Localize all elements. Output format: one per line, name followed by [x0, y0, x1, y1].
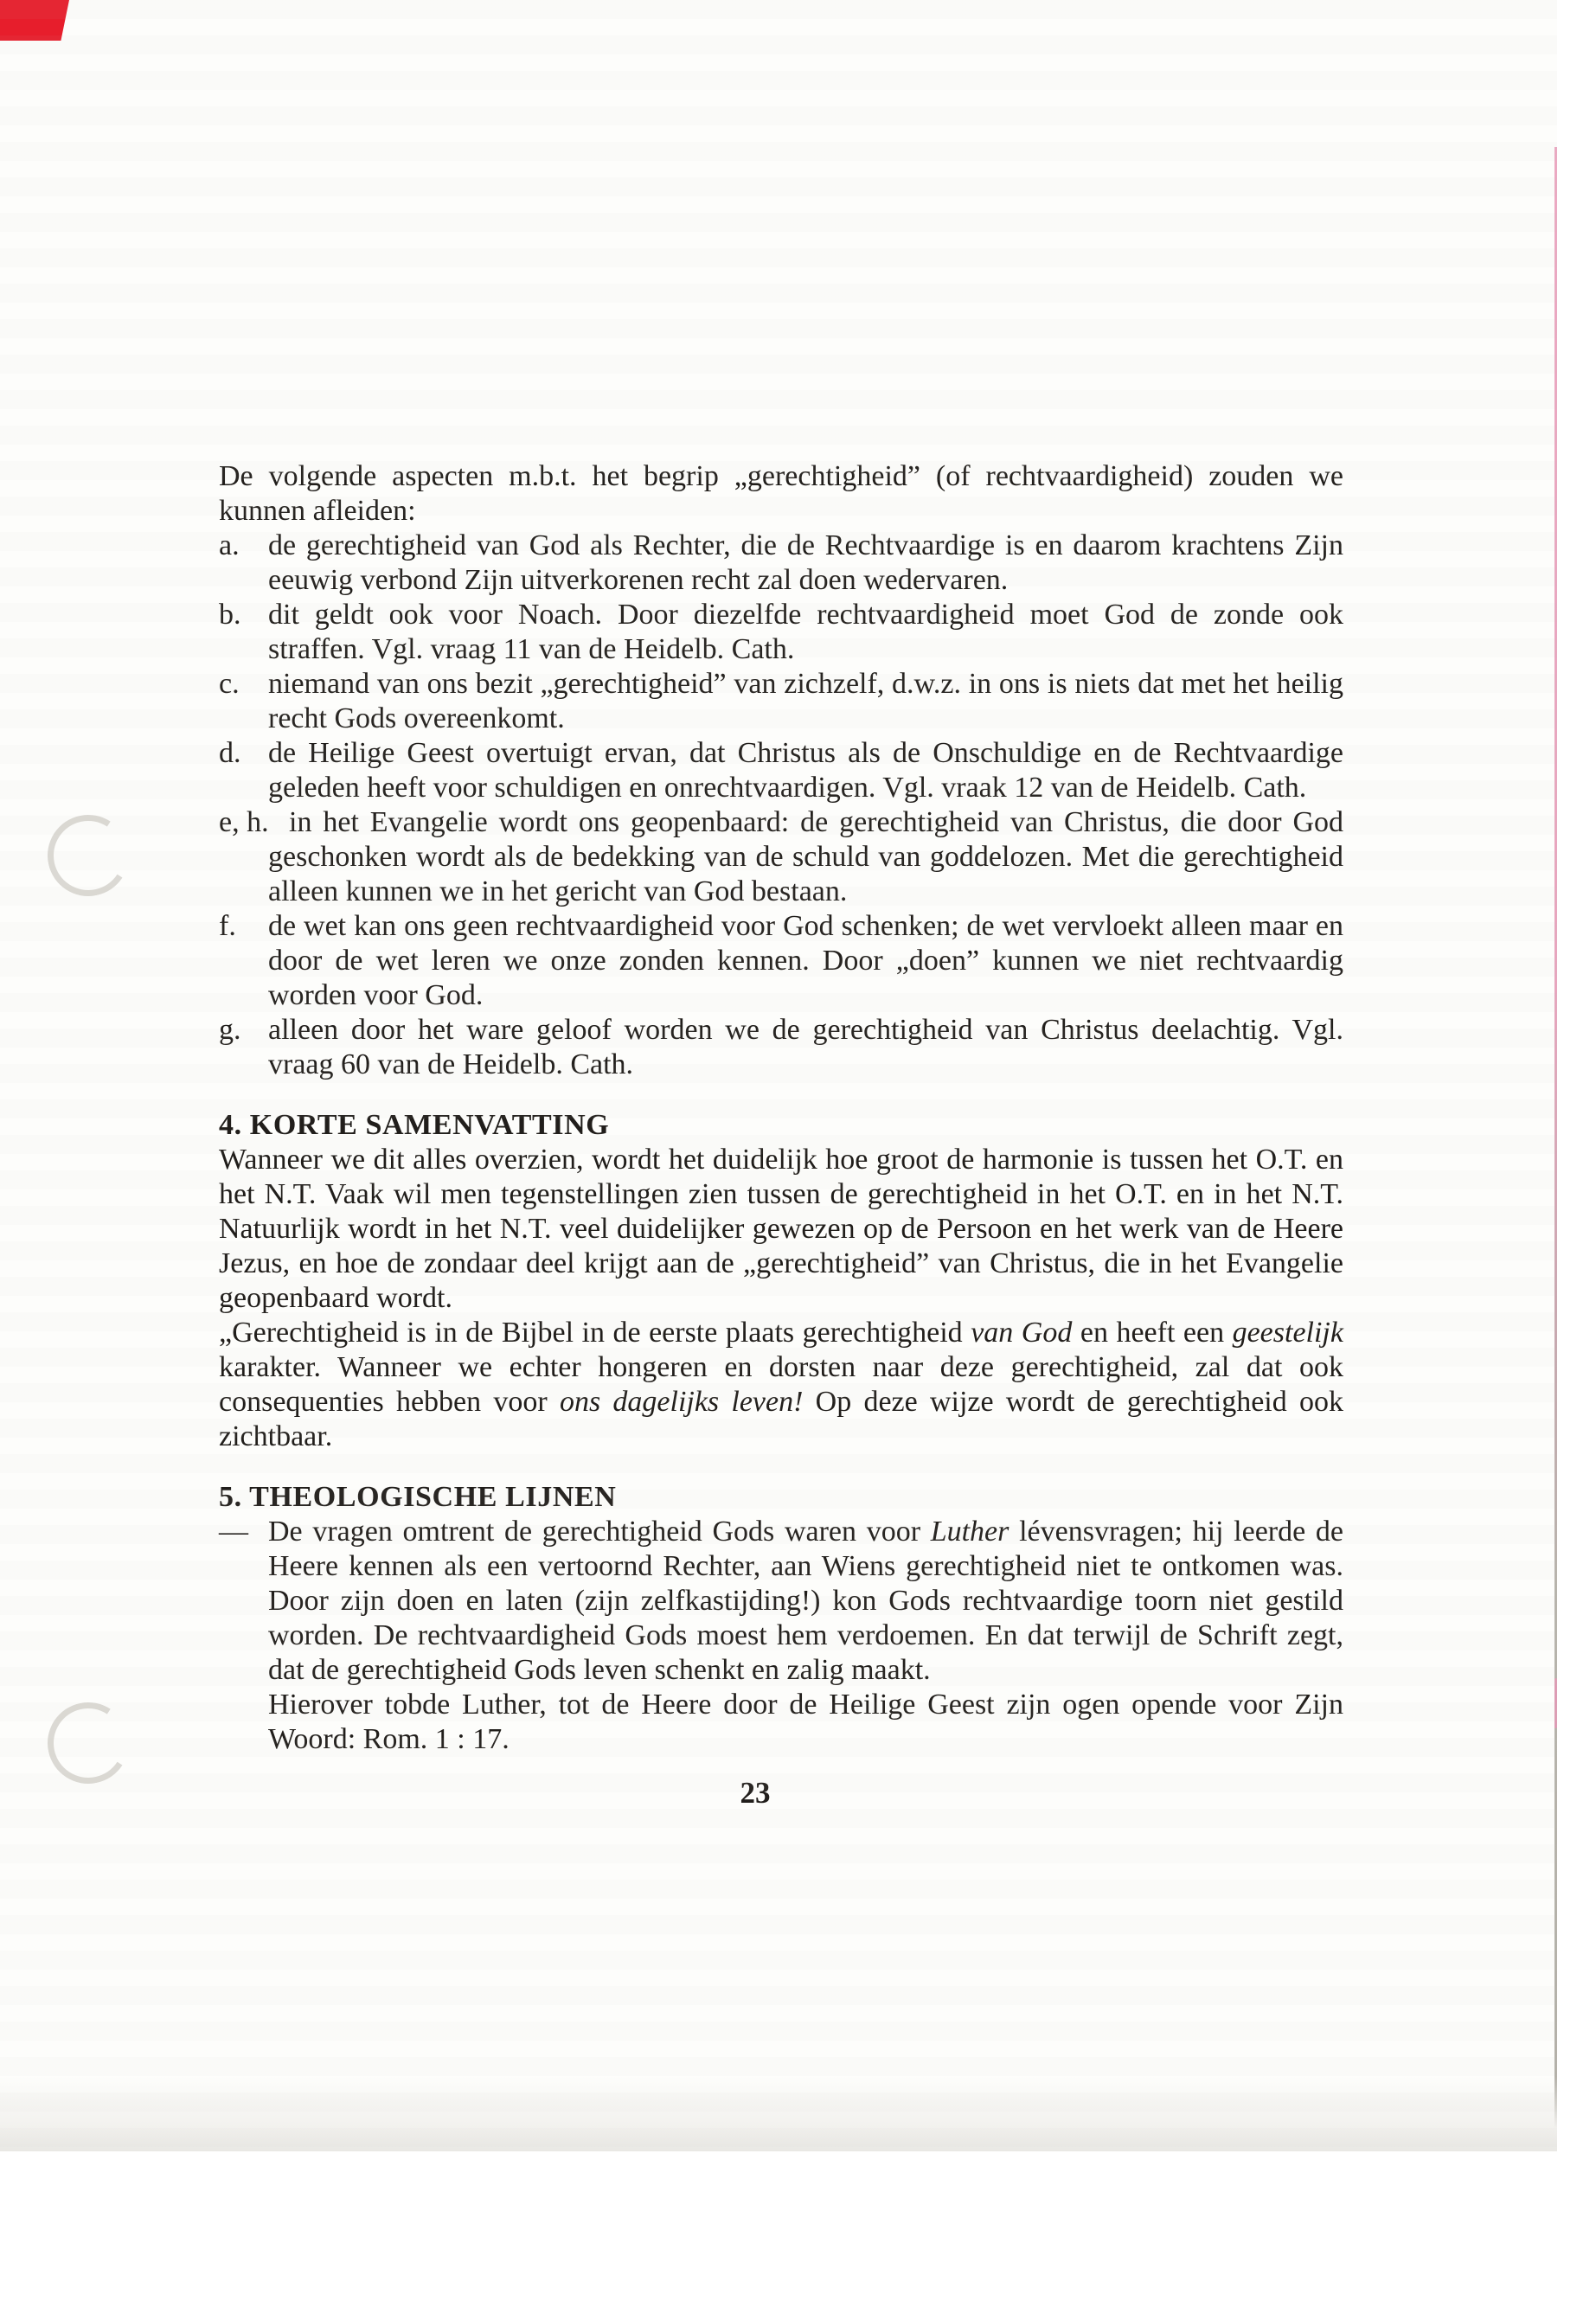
section4-paragraph1: Wanneer we dit alles overzien, wordt het… [219, 1143, 1343, 1316]
aspect-item-b: b.dit geldt ook voor Noach. Door diezelf… [219, 598, 1343, 667]
text-column: De volgende aspecten m.b.t. het begrip „… [219, 459, 1343, 1811]
text-run-italic: van God [971, 1317, 1072, 1349]
page-bottom-edge-shadow [0, 2076, 1557, 2151]
aspect-label: f. [219, 909, 236, 944]
text-run: De vragen omtrent de gerechtigheid Gods … [268, 1516, 931, 1548]
hole-punch-top [40, 807, 136, 903]
text-run-italic: geestelijk [1233, 1317, 1343, 1349]
aspect-label: d. [219, 736, 241, 771]
aspect-label: g. [219, 1013, 241, 1048]
aspect-item-e-h: e, h.in het Evangelie wordt ons geopenba… [219, 805, 1343, 909]
section4-paragraph2: „Gerechtigheid is in de Bijbel in de eer… [219, 1316, 1343, 1454]
dash-bullet: — [219, 1515, 248, 1549]
text-run-italic: Luther [931, 1516, 1010, 1548]
aspect-label: a. [219, 529, 240, 563]
aspect-label: c. [219, 667, 240, 702]
aspect-item-d: d.de Heilige Geest overtuigt ervan, dat … [219, 736, 1343, 805]
aspect-text: de wet kan ons geen rechtvaardigheid voo… [268, 910, 1343, 1011]
aspect-text: de gerechtigheid van God als Rechter, di… [268, 529, 1343, 596]
scanned-document-canvas: De volgende aspecten m.b.t. het begrip „… [0, 0, 1596, 2301]
text-run: en heeft een [1072, 1317, 1232, 1349]
section5-paragraph2: Hierover tobde Luther, tot de Heere door… [268, 1688, 1343, 1757]
aspect-text: de Heilige Geest overtuigt ervan, dat Ch… [268, 737, 1343, 804]
intro-paragraph: De volgende aspecten m.b.t. het begrip „… [219, 459, 1343, 529]
aspect-label: e, h. [219, 805, 269, 840]
aspect-item-f: f.de wet kan ons geen rechtvaardigheid v… [219, 909, 1343, 1013]
aspect-text: alleen door het ware geloof worden we de… [268, 1014, 1343, 1080]
aspect-item-c: c.niemand van ons bezit „gerechtigheid” … [219, 667, 1343, 736]
aspect-text: dit geldt ook voor Noach. Door diezelfde… [268, 599, 1343, 665]
aspect-text: niemand van ons bezit „gerechtigheid” va… [268, 668, 1343, 734]
section5-heading: 5. THEOLOGISCHE LIJNEN [219, 1480, 1343, 1515]
page-number: 23 [219, 1776, 1292, 1811]
aspect-text: in het Evangelie wordt ons geopenbaard: … [268, 806, 1343, 907]
text-run: „Gerechtigheid is in de Bijbel in de eer… [219, 1317, 971, 1349]
hole-punch-bottom [40, 1695, 136, 1791]
aspect-label: b. [219, 598, 241, 632]
aspect-item-g: g.alleen door het ware geloof worden we … [219, 1013, 1343, 1082]
edge-pink-segment [1554, 1678, 1557, 1728]
red-corner-mark [0, 0, 69, 41]
aspect-item-a: a.de gerechtigheid van God als Rechter, … [219, 529, 1343, 598]
section5-item: —De vragen omtrent de gerechtigheid Gods… [219, 1515, 1343, 1688]
text-run-italic: ons dagelijks leven! [560, 1386, 804, 1418]
section4-heading: 4. KORTE SAMENVATTING [219, 1108, 1343, 1143]
page-scan: De volgende aspecten m.b.t. het begrip „… [0, 0, 1557, 2151]
page-right-edge-line [1554, 147, 1557, 2151]
